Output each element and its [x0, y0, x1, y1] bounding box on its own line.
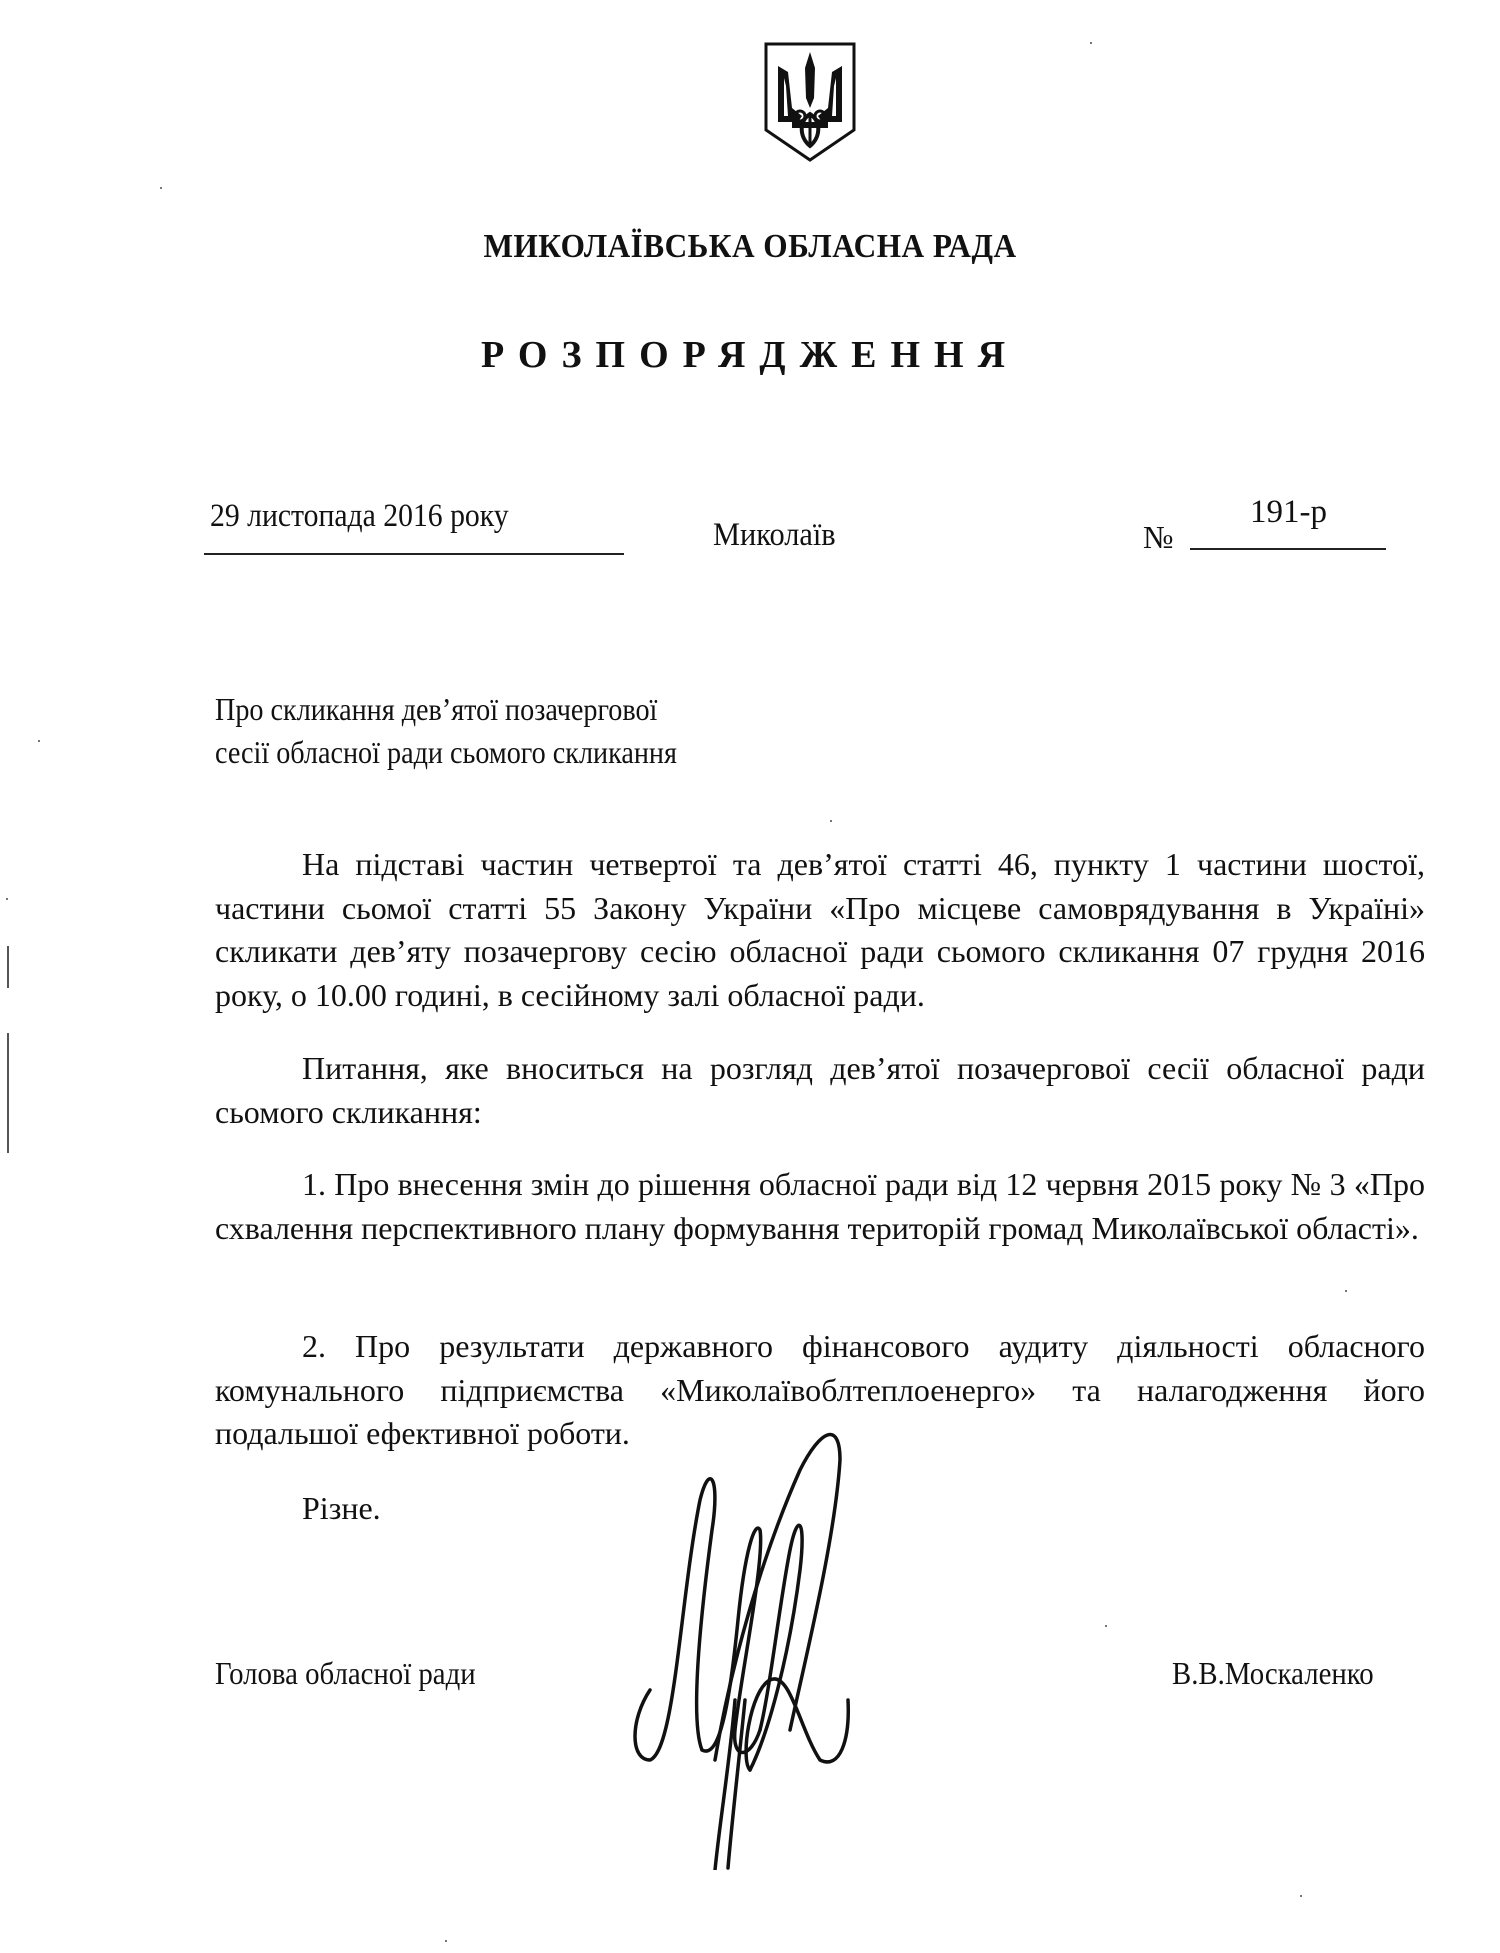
scan-dot [830, 820, 832, 822]
number-sign: № [1143, 519, 1174, 556]
paragraph-agenda-intro: Питання, яке вноситься на розгляд дев’ят… [215, 1047, 1425, 1134]
scan-dot [1105, 1625, 1107, 1627]
scan-dot [445, 1940, 447, 1942]
scan-dot [38, 740, 40, 742]
paragraph-basis: На підставі частин четвертої та дев’ятої… [215, 843, 1425, 1017]
scan-dot [1090, 42, 1092, 44]
document-date: 29 листопада 2016 року [210, 498, 509, 535]
document-number: 191-р [1250, 494, 1327, 531]
agenda-item-1: 1. Про внесення змін до рішення обласної… [215, 1163, 1425, 1250]
subject-line: сесії обласної ради сьомого скликання [215, 731, 677, 774]
document-city: Миколаїв [713, 517, 836, 554]
document-type: РОЗПОРЯДЖЕННЯ [0, 333, 1500, 377]
scan-dot [1345, 1290, 1347, 1292]
scan-dot [160, 187, 162, 189]
signer-title: Голова обласної ради [215, 1655, 476, 1692]
scan-dot [1300, 1895, 1302, 1897]
scan-mark [7, 1033, 9, 1153]
signer-name: В.В.Москаленко [1172, 1655, 1374, 1692]
number-underline [1190, 548, 1386, 550]
organization-name: МИКОЛАЇВСЬКА ОБЛАСНА РАДА [60, 228, 1440, 266]
scan-dot [6, 898, 8, 900]
coat-of-arms-icon [762, 38, 858, 166]
date-underline [204, 553, 624, 555]
scan-mark [7, 946, 9, 988]
document-subject: Про скликання дев’ятої позачергової сесі… [215, 688, 677, 774]
subject-line: Про скликання дев’ятої позачергової [215, 688, 677, 731]
signature-icon [620, 1400, 940, 1870]
